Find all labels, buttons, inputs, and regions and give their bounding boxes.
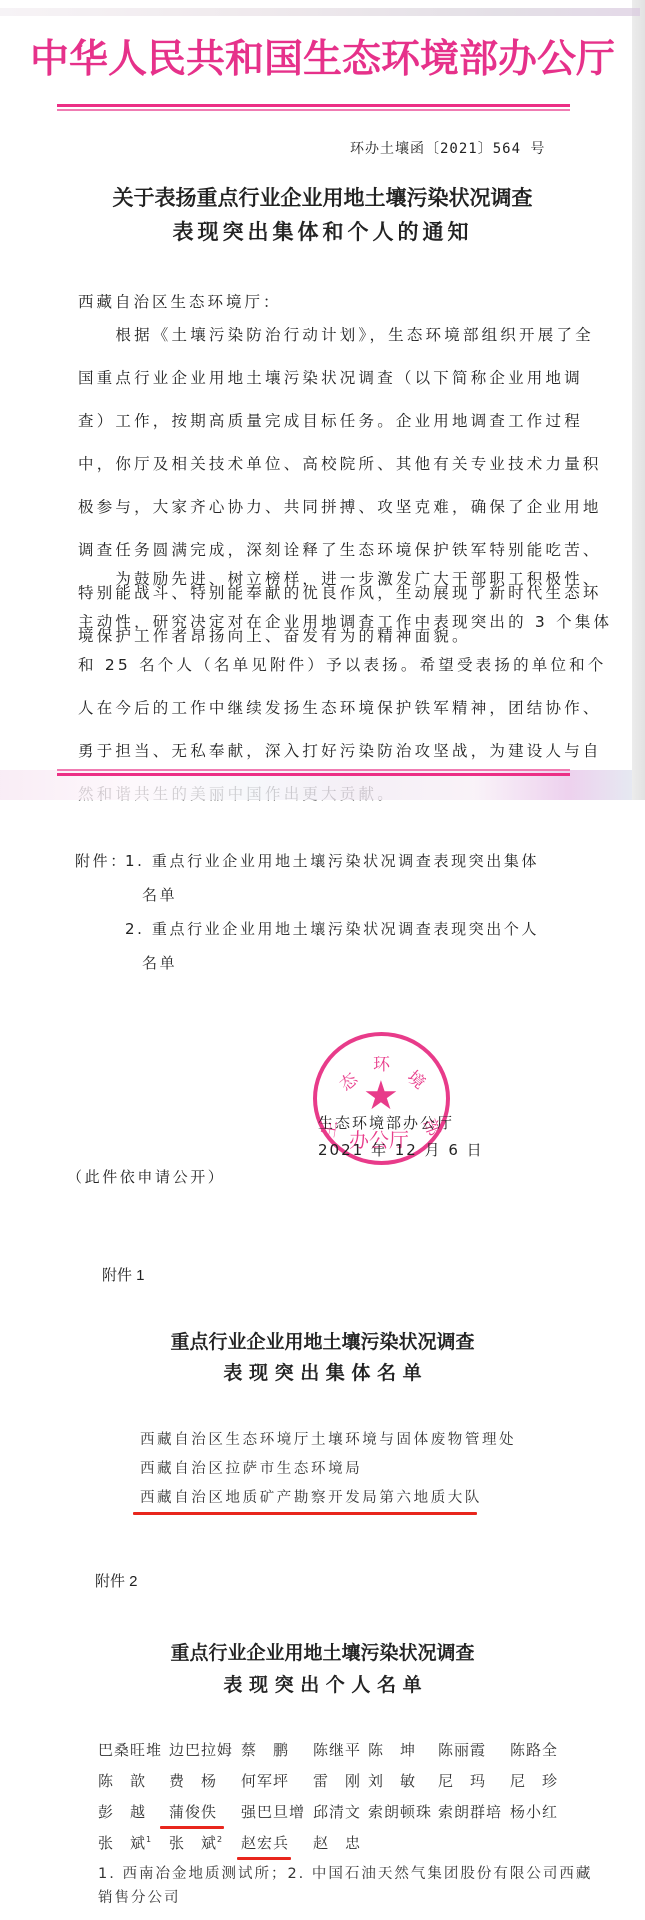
annex-2-title-line2: 表 现 突 出 个 人 名 单 <box>0 1670 645 1697</box>
signing-organization: 生态环境部办公厅 <box>318 1112 454 1133</box>
text-line: 主动性，研究决定对在企业用地调查工作中表现突出的 3 个集体 <box>78 601 548 644</box>
person-name: 尼 珍 <box>510 1770 558 1791</box>
person-name: 陈丽霞 <box>438 1739 510 1760</box>
person-name: 蔡 鹏 <box>241 1739 313 1760</box>
collective-item-highlighted: 西藏自治区地质矿产勘察开发局第六地质大队 <box>140 1486 482 1507</box>
footnote-line1: 1. 西南冶金地质测试所；2. 中国石油天然气集团股份有限公司西藏 <box>98 1862 592 1883</box>
document-number: 环办土壤函〔2021〕564 号 <box>350 138 545 158</box>
footnote-mark: 2 <box>217 1835 223 1844</box>
text-line: 国重点行业企业用地土壤污染状况调查（以下简称企业用地调 <box>78 357 548 400</box>
masthead-rule <box>57 104 570 107</box>
footer-rule <box>57 773 570 776</box>
person-name: 陈 坤 <box>368 1739 438 1760</box>
person-name: 杨小红 <box>510 1801 558 1822</box>
notice-title-line2: 表现突出集体和个人的通知 <box>0 216 645 246</box>
names-row: 巴桑旺堆 边巴拉姆 蔡 鹏 陈继平 陈 坤 陈丽霞 陈路全 <box>98 1734 608 1765</box>
person-name: 雷 刚 <box>313 1770 368 1791</box>
collective-item: 西藏自治区拉萨市生态环境局 <box>140 1457 362 1478</box>
text-line: 根据《土壤污染防治行动计划》，生态环境部组织开展了全 <box>78 314 548 357</box>
attachment-item-2: 2. 重点行业企业用地土壤污染状况调查表现突出个人 <box>125 918 539 939</box>
seal-char: 环 <box>373 1050 390 1075</box>
salutation: 西藏自治区生态环境厅： <box>78 290 282 312</box>
masthead-title: 中华人民共和国生态环境部办公厅 <box>0 28 645 84</box>
annex-1-label: 附件 1 <box>102 1264 145 1285</box>
attachments-label: 附件： <box>75 850 128 871</box>
seal-char: 态 <box>333 1065 362 1095</box>
footer-rule-thin <box>57 769 570 771</box>
person-name: 何军坪 <box>241 1770 313 1791</box>
seal-char: 境 <box>403 1063 432 1093</box>
text-line: 中，你厅及相关技术单位、高校院所、其他有关专业技术力量积 <box>78 443 548 486</box>
highlight-underline <box>133 1512 477 1515</box>
person-name: 强巴旦增 <box>241 1801 313 1822</box>
person-name: 陈继平 <box>313 1739 368 1760</box>
person-name-text: 张 斌 <box>169 1834 217 1852</box>
person-name-highlighted: 蒲俊佚 <box>169 1801 241 1822</box>
annex-2-title-line1: 重点行业企业用地土壤污染状况调查 <box>0 1638 645 1665</box>
person-name: 巴桑旺堆 <box>98 1739 169 1760</box>
text-line: 为鼓励先进、树立榜样，进一步激发广大干部职工积极性、 <box>78 558 548 601</box>
attachment-item-1-cont: 名单 <box>142 884 177 905</box>
person-name: 邱清文 <box>313 1801 368 1822</box>
text-line: 和 25 名个人（名单见附件）予以表扬。希望受表扬的单位和个 <box>78 644 548 687</box>
person-name: 彭 越 <box>98 1801 169 1822</box>
person-name: 索朗群培 <box>438 1801 510 1822</box>
annex-1-title-line2: 表 现 突 出 集 体 名 单 <box>0 1358 645 1385</box>
scan-artifact-top <box>0 8 640 16</box>
text-line: 极参与，大家齐心协力、共同拼搏、攻坚克难，确保了企业用地 <box>78 486 548 529</box>
person-name: 索朗顿珠 <box>368 1801 438 1822</box>
names-row: 彭 越 蒲俊佚 强巴旦增 邱清文 索朗顿珠 索朗群培 杨小红 <box>98 1796 608 1827</box>
disclosure-note: （此件依申请公开） <box>67 1166 225 1187</box>
attachment-item-1: 1. 重点行业企业用地土壤污染状况调查表现突出集体 <box>125 850 539 871</box>
person-name-highlighted: 赵宏兵 <box>241 1832 313 1853</box>
notice-title-line1: 关于表扬重点行业企业用地土壤污染状况调查 <box>0 182 645 212</box>
person-name: 陈 歆 <box>98 1770 169 1791</box>
person-name: 陈路全 <box>510 1739 558 1760</box>
star-icon: ★ <box>363 1076 399 1116</box>
collective-item: 西藏自治区生态环境厅土壤环境与固体废物管理处 <box>140 1428 516 1449</box>
masthead-rule-thin <box>57 109 570 111</box>
person-name: 赵 忠 <box>313 1832 368 1853</box>
annex-1-title-line1: 重点行业企业用地土壤污染状况调查 <box>0 1327 645 1354</box>
person-name: 张 斌1 <box>98 1832 169 1853</box>
person-name: 边巴拉姆 <box>169 1739 241 1760</box>
person-name: 费 杨 <box>169 1770 241 1791</box>
footnote-mark: 1 <box>146 1835 152 1844</box>
text-line: 人在今后的工作中继续发扬生态环境保护铁军精神，团结协作、 <box>78 687 548 730</box>
person-name-text: 张 斌 <box>98 1834 146 1852</box>
text-line: 查）工作，按期高质量完成目标任务。企业用地调查工作过程 <box>78 400 548 443</box>
highlight-underline <box>237 1857 291 1860</box>
text-line: 勇于担当、无私奉献，深入打好污染防治攻坚战，为建设人与自 <box>78 730 548 773</box>
footnote-line2: 销售分公司 <box>98 1886 181 1907</box>
annex-2-label: 附件 2 <box>95 1570 138 1591</box>
signing-date: 2021 年 12 月 6 日 <box>318 1139 484 1160</box>
page-edge-shadow <box>632 0 645 800</box>
highlight-underline <box>160 1826 224 1829</box>
attachment-item-2-cont: 名单 <box>142 952 177 973</box>
names-row: 陈 歆 费 杨 何军坪 雷 刚 刘 敏 尼 玛 尼 珍 <box>98 1765 608 1796</box>
person-name: 张 斌2 <box>169 1832 241 1853</box>
person-name: 尼 玛 <box>438 1770 510 1791</box>
person-name: 刘 敏 <box>368 1770 438 1791</box>
names-row: 张 斌1 张 斌2 赵宏兵 赵 忠 <box>98 1827 608 1858</box>
individual-names-table: 巴桑旺堆 边巴拉姆 蔡 鹏 陈继平 陈 坤 陈丽霞 陈路全 陈 歆 费 杨 何军… <box>98 1734 608 1858</box>
